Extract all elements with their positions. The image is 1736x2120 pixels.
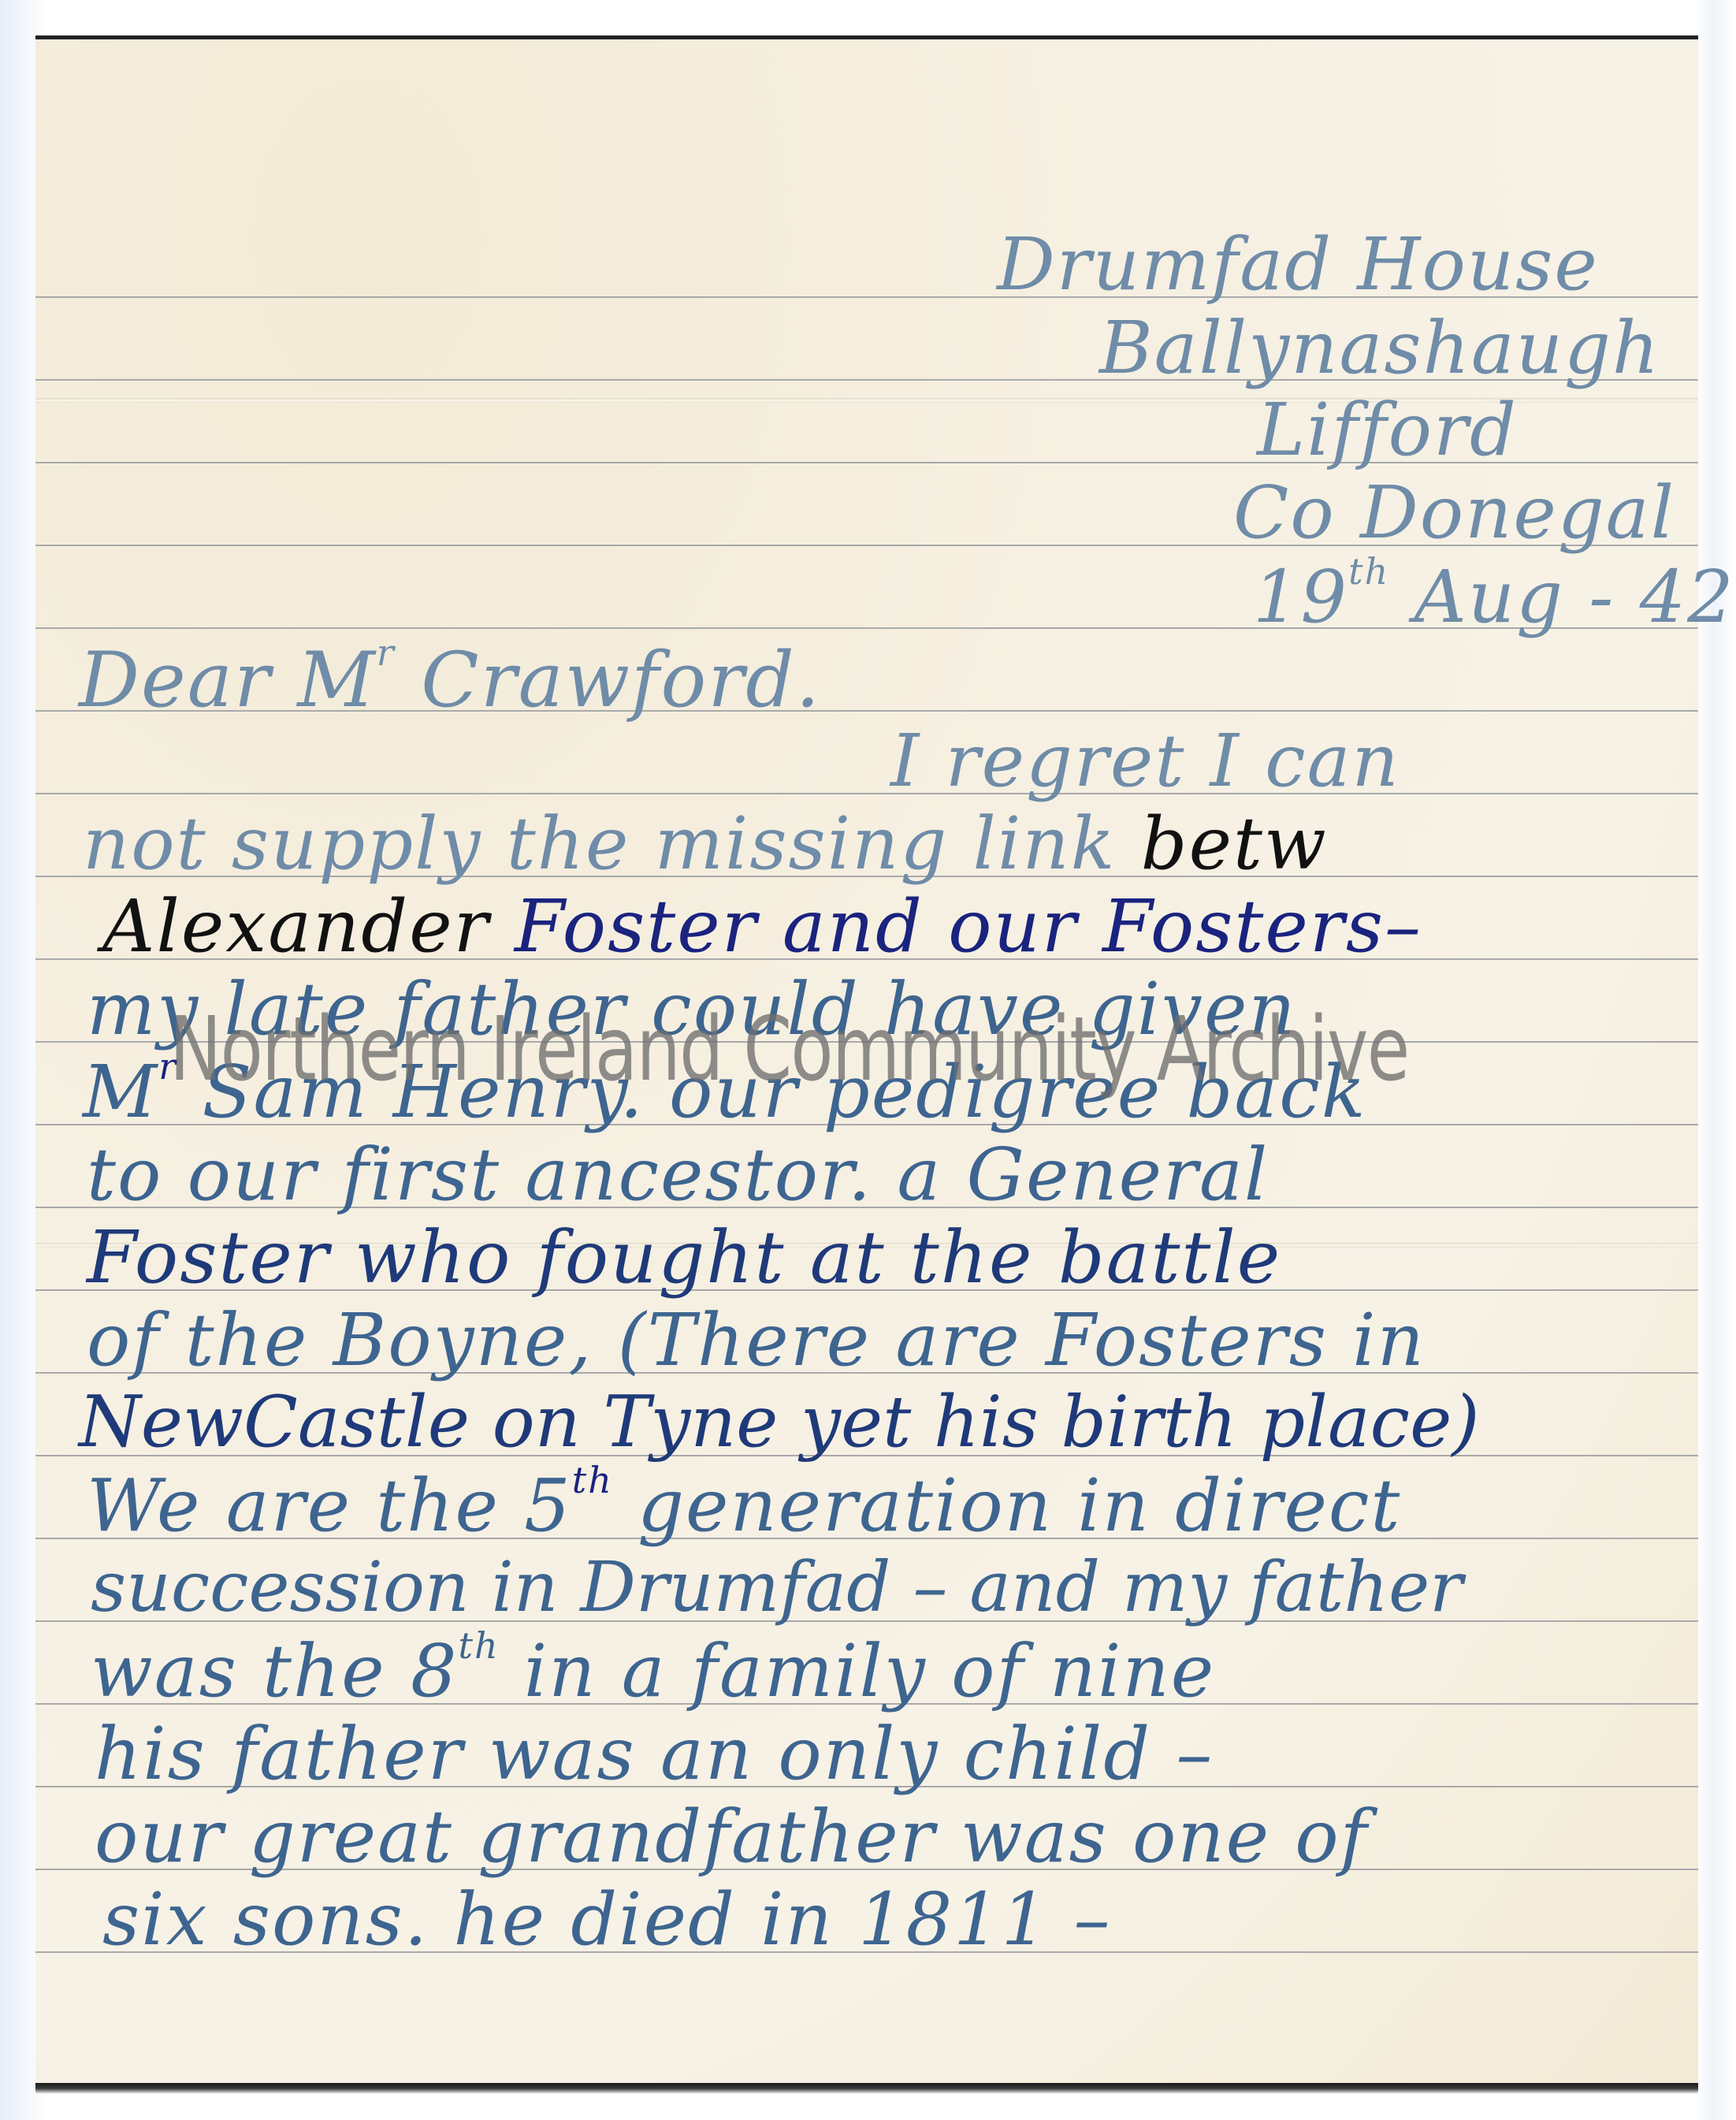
body-line-10-b: generation in direct — [638, 1464, 1401, 1548]
salutation-prefix: Dear M — [79, 636, 377, 724]
address-line-county: Co Donegal — [1233, 477, 1675, 549]
county-prefix: Co — [1233, 470, 1336, 555]
salutation-sup: r — [377, 631, 396, 674]
salutation-name: Crawford. — [421, 636, 821, 724]
address-line-townland: Ballynashaugh — [1099, 312, 1660, 385]
body-line-2: not supply the missing link betw — [83, 808, 1328, 880]
body-line-11: succession in Drumfad – and my father — [91, 1553, 1463, 1622]
body-line-3: Alexander Foster and our Fosters– — [102, 891, 1422, 963]
date-day: 19 — [1253, 555, 1348, 639]
body-line-10: We are the 5th generation in direct — [87, 1470, 1401, 1542]
salutation: Dear Mr Crawford. — [79, 642, 821, 718]
body-line-5-prefix: M — [83, 1050, 158, 1134]
date-month-year: Aug - 42 — [1414, 555, 1734, 639]
body-line-12-b: in a family of nine — [524, 1629, 1215, 1713]
body-line-15: six sons. he died in 1811 – — [102, 1884, 1111, 1956]
body-line-10-a: We are the 5 — [87, 1464, 572, 1548]
body-line-12-sup: th — [459, 1624, 500, 1667]
address-line-town: Lifford — [1257, 394, 1518, 467]
body-line-2-overwrite: betw — [1141, 802, 1328, 886]
body-line-12: was the 8th in a family of nine — [91, 1635, 1215, 1708]
date-suffix: th — [1348, 550, 1389, 593]
body-line-7: Foster who fought at the battle — [87, 1222, 1281, 1294]
body-line-14: our great grandfather was one of — [95, 1801, 1369, 1873]
body-line-1: I regret I can — [890, 725, 1400, 798]
body-line-2-text: not supply the missing link — [83, 802, 1116, 886]
body-line-6: to our first ancestor. a General — [87, 1139, 1269, 1211]
body-line-12-a: was the 8 — [91, 1629, 459, 1713]
archive-watermark: Northern Ireland Community Archive — [169, 1006, 1265, 1094]
body-line-8: of the Boyne, (There are Fosters in — [87, 1304, 1426, 1377]
body-line-9: NewCastle on Tyne yet his birth place) — [79, 1387, 1479, 1458]
county-name: Donegal — [1360, 470, 1675, 555]
body-line-3-text: Foster and our Fosters– — [515, 884, 1422, 969]
ruled-line — [35, 793, 1698, 794]
body-line-10-sup: th — [572, 1459, 613, 1501]
body-line-3-name: Alexander — [102, 884, 490, 969]
body-line-13: his father was an only child – — [95, 1718, 1214, 1791]
letter-date: 19th Aug - 42 — [1253, 561, 1735, 634]
address-line-house: Drumfad House — [997, 229, 1599, 301]
